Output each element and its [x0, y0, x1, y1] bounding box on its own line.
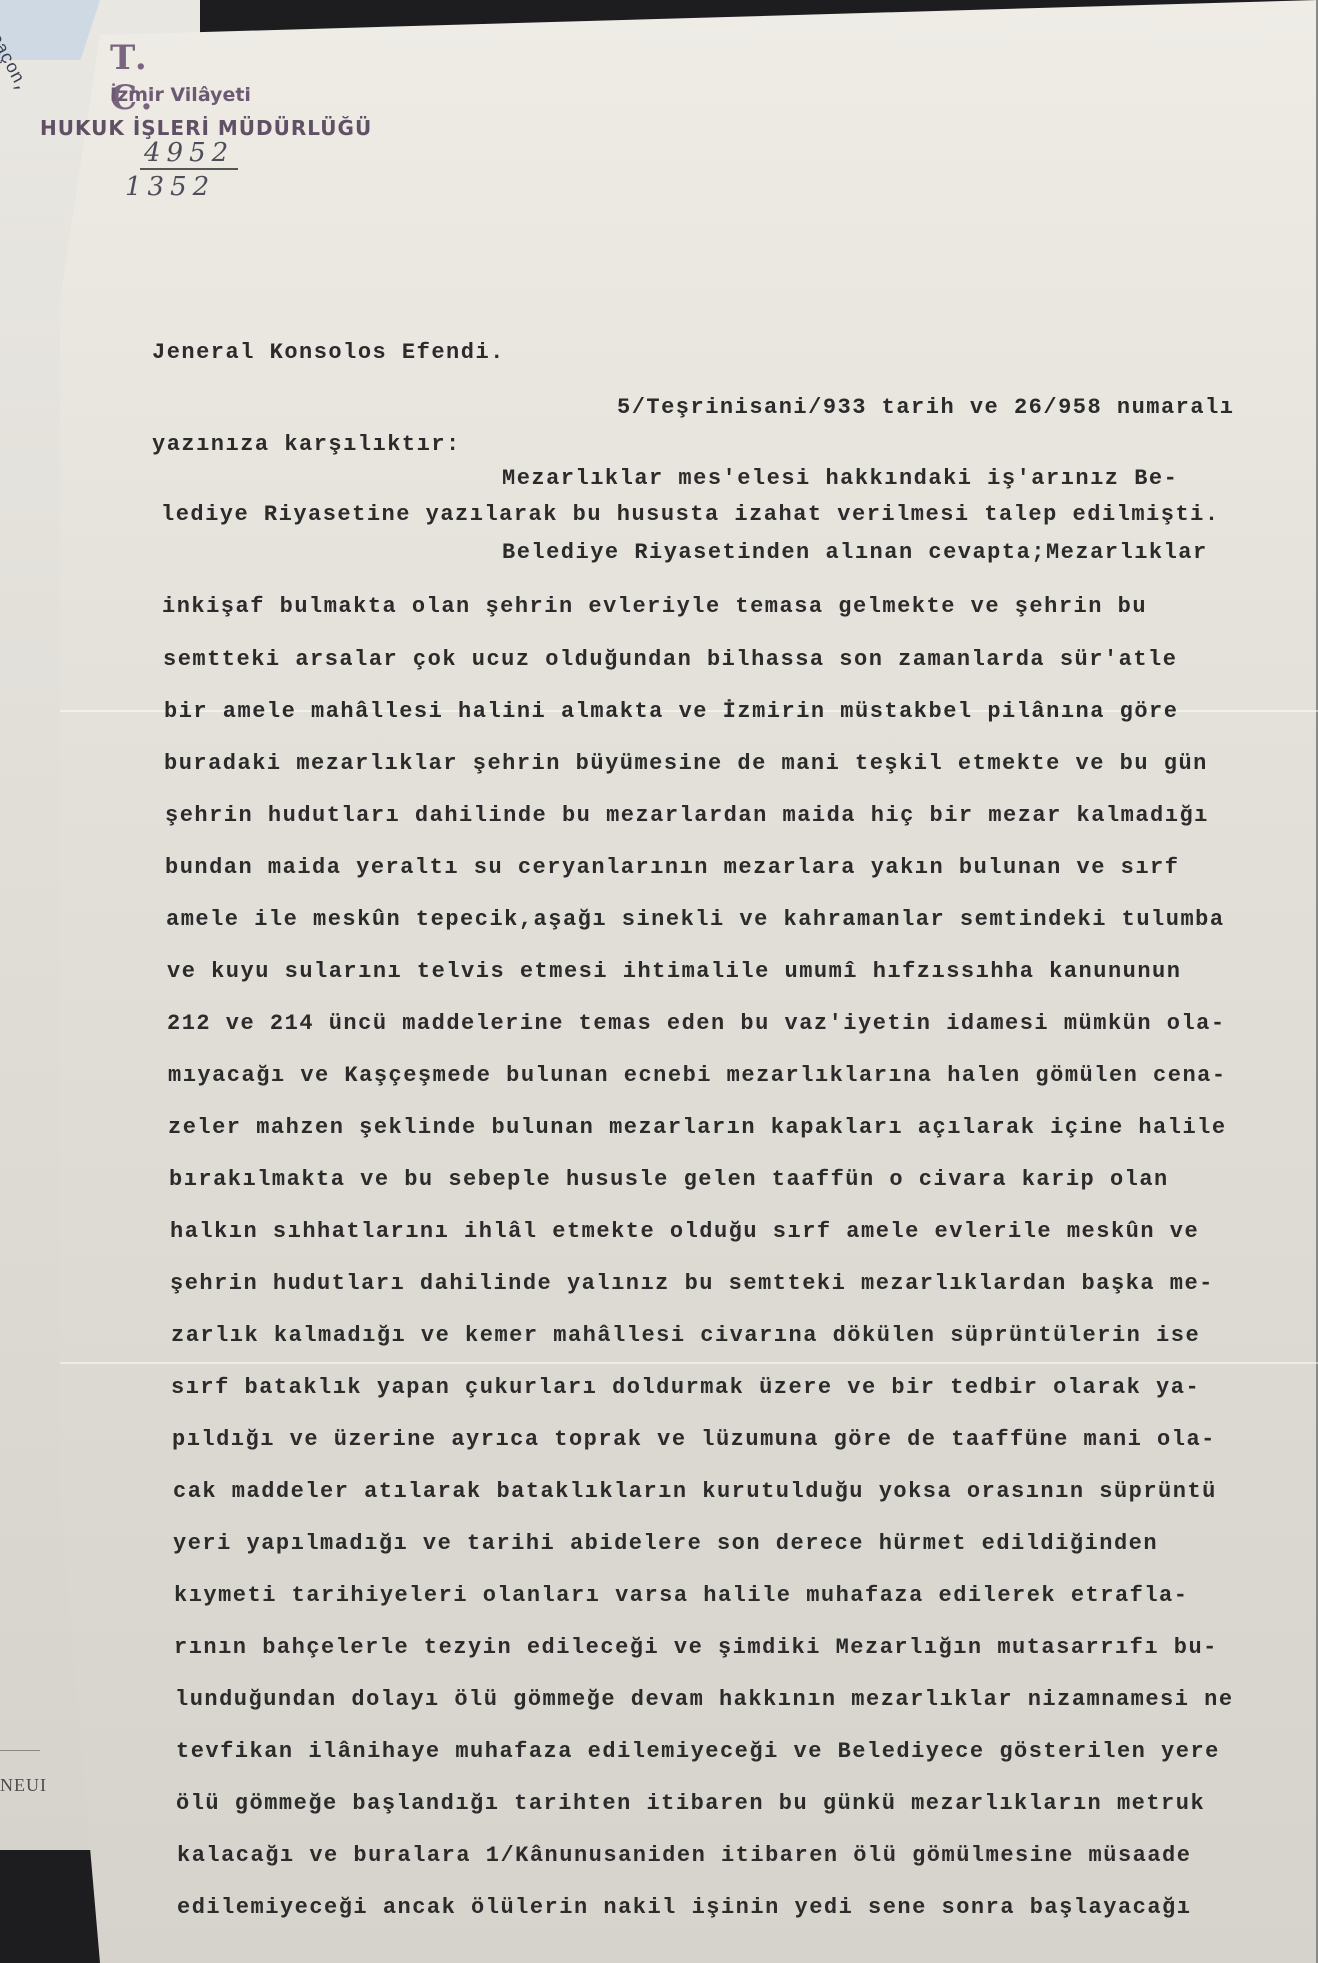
body-line: kalacağı ve buralara 1/Kânunusaniden iti…: [177, 1843, 1191, 1868]
body-line: ve kuyu sularını telvis etmesi ihtimalil…: [167, 959, 1181, 984]
stamp-emblem: T. C.: [110, 38, 156, 118]
body-line: bir amele mahâllesi halini almakta ve İz…: [164, 699, 1178, 724]
side-sheet-rule: [0, 1750, 40, 1751]
body-line: inkişaf bulmakta olan şehrin evleriyle t…: [162, 594, 1147, 619]
body-line: bırakılmakta ve bu sebeple hususle gelen…: [169, 1167, 1169, 1192]
body-line: buradaki mezarlıklar şehrin büyümesine d…: [164, 751, 1208, 776]
body-line: ölü gömmeğe başlandığı tarihten itibaren…: [176, 1791, 1205, 1816]
body-line: cak maddeler atılarak bataklıkların kuru…: [173, 1479, 1217, 1504]
salutation: Jeneral Konsolos Efendi.: [152, 340, 505, 365]
body-line: 212 ve 214 üncü maddelerine temas eden b…: [167, 1011, 1226, 1036]
body-line: sırf bataklık yapan çukurları doldurmak …: [171, 1375, 1200, 1400]
body-line: zarlık kalmadığı ve kemer mahâllesi civa…: [171, 1323, 1200, 1348]
body-line: pıldığı ve üzerine ayrıca toprak ve lüzu…: [172, 1427, 1216, 1452]
side-sheet-stamp: NEUI: [0, 1775, 47, 1796]
body-line: rının bahçelerle tezyin edileceği ve şim…: [174, 1635, 1218, 1660]
body-line: yeri yapılmadığı ve tarihi abidelere son…: [173, 1531, 1158, 1556]
body-line: halkın sıhhatlarını ihlâl etmekte olduğu…: [170, 1219, 1199, 1244]
body-line: amele ile meskûn tepecik,aşağı sinekli v…: [166, 907, 1225, 932]
body-line: yazınıza karşılıktır:: [152, 432, 461, 457]
fold-line: [60, 1362, 1318, 1364]
handwritten-number-bottom: 1352: [125, 172, 215, 202]
body-line: bundan maida yeraltı su ceryanlarının me…: [165, 855, 1179, 880]
body-line: tevfikan ilânihaye muhafaza edilemiyeceğ…: [176, 1739, 1220, 1764]
body-line: Belediye Riyasetinden alınan cevapta;Mez…: [502, 540, 1208, 565]
handwritten-number-top: 4952: [140, 138, 238, 170]
stamp-province: İzmir Vilâyeti: [110, 84, 251, 106]
body-line: semtteki arsalar çok ucuz olduğundan bil…: [163, 647, 1177, 672]
body-line: zeler mahzen şeklinde bulunan mezarların…: [168, 1115, 1227, 1140]
body-line: lediye Riyasetine yazılarak bu hususta i…: [161, 502, 1220, 527]
body-line: kıymeti tarihiyeleri olanları varsa hali…: [174, 1583, 1188, 1608]
body-line: Mezarlıklar mes'elesi hakkındaki iş'arın…: [502, 466, 1178, 491]
reference-line: 5/Teşrinisani/933 tarih ve 26/958 numara…: [617, 395, 1235, 420]
body-line: lunduğundan dolayı ölü gömmeğe devam hak…: [175, 1687, 1234, 1712]
body-line: şehrin hudutları dahilinde yalınız bu se…: [170, 1271, 1214, 1296]
stamp-office: HUKUK İŞLERİ MÜDÜRLÜĞÜ: [40, 116, 372, 140]
body-line: edilemiyeceği ancak ölülerin nakil işini…: [177, 1895, 1191, 1920]
body-line: mıyacağı ve Kaşçeşmede bulunan ecnebi me…: [168, 1063, 1227, 1088]
body-line: şehrin hudutları dahilinde bu mezarlarda…: [165, 803, 1209, 828]
